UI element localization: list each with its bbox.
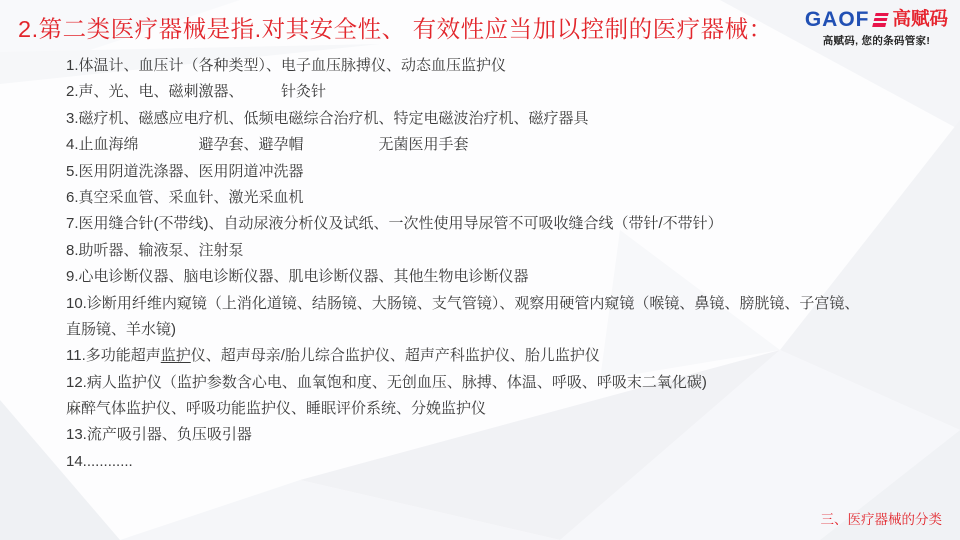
list-line: 8.助听器、输液泵、注射泵 (66, 238, 926, 264)
list-line: 13.流产吸引器、负压吸引器 (66, 422, 926, 448)
slide: 2.第二类医疗器械是指.对其安全性、 有效性应当加以控制的医疗器械： GAOF … (0, 0, 960, 540)
list-line: 1.体温计、血压计（各种类型）、电子血压脉搏仪、动态血压监护仪 (66, 53, 926, 79)
list-line: 4.止血海绵 避孕套、避孕帽 无菌医用手套 (66, 132, 926, 158)
section-footer-label: 三、医疗器械的分类 (821, 508, 943, 528)
list-line-segment: 仪、超声母亲/胎儿综合监护仪、超声产科监护仪、胎儿监护仪 (191, 347, 600, 364)
brand-logo: GAOF 高赋码 高赋码, 您的条码管家! (805, 9, 948, 48)
brand-logo-row: GAOF 高赋码 (805, 9, 948, 30)
list-line: 9.心电诊断仪器、脑电诊断仪器、肌电诊断仪器、其他生物电诊断仪器 (66, 264, 926, 290)
list-line: 14............ (66, 449, 926, 475)
list-line: 直肠镜、羊水镜) (66, 317, 926, 343)
list-line: 6.真空采血管、采血针、激光采血机 (66, 185, 926, 211)
list-line: 12.病人监护仪（监护参数含心电、血氧饱和度、无创血压、脉搏、体温、呼吸、呼吸末… (66, 370, 926, 396)
device-list: 1.体温计、血压计（各种类型）、电子血压脉搏仪、动态血压监护仪2.声、光、电、磁… (66, 53, 926, 475)
list-line: 10.诊断用纤维内窥镜（上消化道镜、结肠镜、大肠镜、支气管镜）、观察用硬管内窥镜… (66, 291, 926, 317)
brand-logo-text-cn: 高赋码 (892, 10, 948, 29)
brand-logo-text-en: GAOF (805, 9, 870, 30)
list-line: 3.磁疗机、磁感应电疗机、低频电磁综合治疗机、特定电磁波治疗机、磁疗器具 (66, 106, 926, 132)
list-line: 11.多功能超声监护仪、超声母亲/胎儿综合监护仪、超声产科监护仪、胎儿监护仪 (66, 343, 926, 369)
list-line-segment: 11.多功能超声 (66, 347, 161, 364)
list-line: 麻醉气体监护仪、呼吸功能监护仪、睡眠评价系统、分娩监护仪 (66, 396, 926, 422)
list-line: 5.医用阴道洗涤器、医用阴道冲洗器 (66, 159, 926, 185)
triple-bars-icon (873, 13, 889, 27)
brand-tagline: 高赋码, 您的条码管家! (805, 33, 948, 48)
list-line: 2.声、光、电、磁刺激器、 针灸针 (66, 79, 926, 105)
list-line: 7.医用缝合针(不带线)、自动尿液分析仪及试纸、一次性使用导尿管不可吸收缝合线（… (66, 211, 926, 237)
page-title: 2.第二类医疗器械是指.对其安全性、 有效性应当加以控制的医疗器械： (18, 10, 773, 44)
list-line-underlined-segment: 监护 (161, 347, 191, 364)
